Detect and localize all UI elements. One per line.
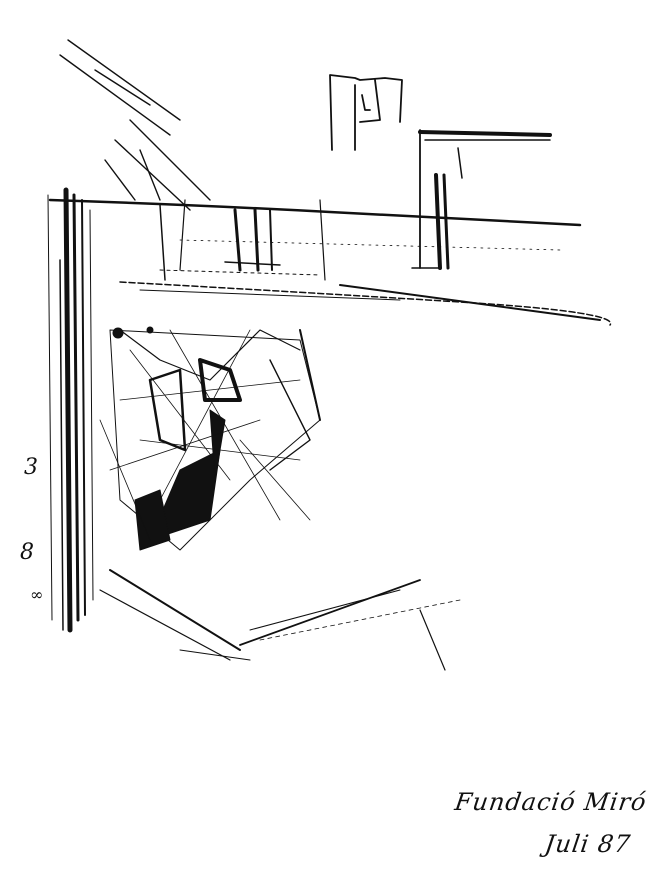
left-wall (48, 190, 93, 630)
chimney-structure (330, 75, 402, 150)
sketch-drawing (0, 0, 670, 886)
floor-lines (100, 570, 460, 670)
ceiling-lines (60, 40, 210, 210)
sculpture-scribbles (100, 327, 320, 550)
pergola (412, 130, 550, 268)
margin-mark-eight: 8 (20, 540, 34, 565)
horizon-lines (50, 200, 611, 325)
margin-mark-three: 3 (24, 455, 38, 480)
inscription-title: Fundació Miró (453, 788, 649, 816)
inscription-date: Juli 87 (543, 830, 633, 858)
margin-mark-loop: ∞ (30, 585, 43, 604)
opening (160, 200, 325, 280)
